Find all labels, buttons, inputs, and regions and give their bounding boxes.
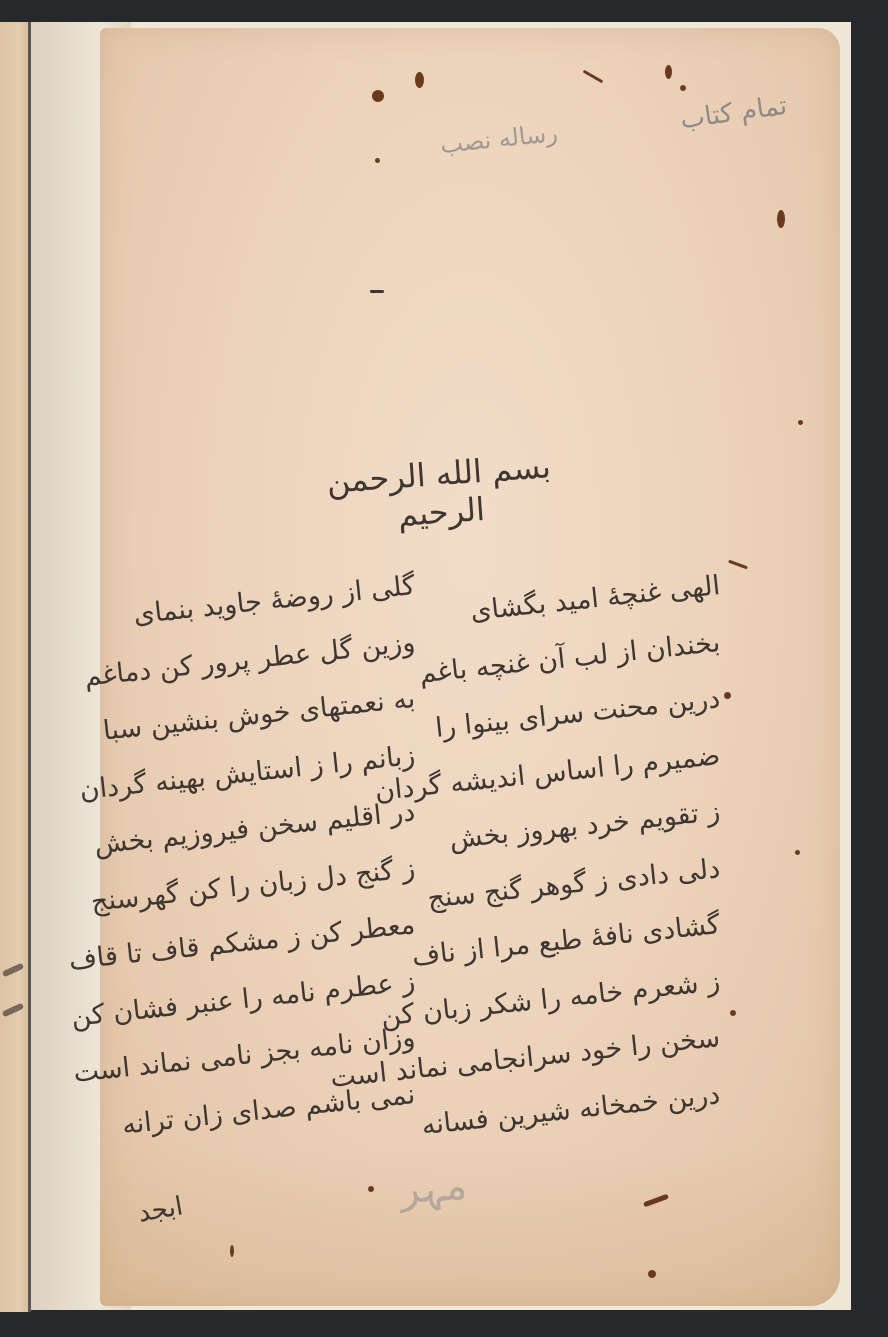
ink-spot [730, 1010, 736, 1016]
faded-seal-impression: مہر [398, 1163, 468, 1214]
adjacent-folio-ink-mark [2, 963, 24, 978]
ink-spot [795, 850, 800, 855]
ink-spot [798, 420, 803, 425]
ink-spot [648, 1270, 656, 1278]
ink-stroke [370, 290, 384, 293]
ink-spot [375, 158, 380, 163]
adjacent-folio-edge [0, 22, 28, 1312]
verse-column-left: گلی از روضهٔ جاوید بنمای وزین گل عطر پرو… [125, 558, 415, 1123]
ink-spot [372, 90, 384, 102]
ink-spot [230, 1245, 234, 1257]
adjacent-folio-ink-mark [2, 1003, 24, 1018]
water-stain [100, 1146, 840, 1306]
ink-spot [724, 692, 731, 699]
ink-spot [680, 85, 686, 91]
verse-column-right: الهی غنچهٔ امید بگشای بخندان از لب آن غن… [430, 558, 720, 1123]
ink-spot [777, 210, 785, 228]
ink-spot [368, 1186, 374, 1192]
ink-spot [415, 72, 424, 88]
ink-spot [665, 65, 672, 79]
